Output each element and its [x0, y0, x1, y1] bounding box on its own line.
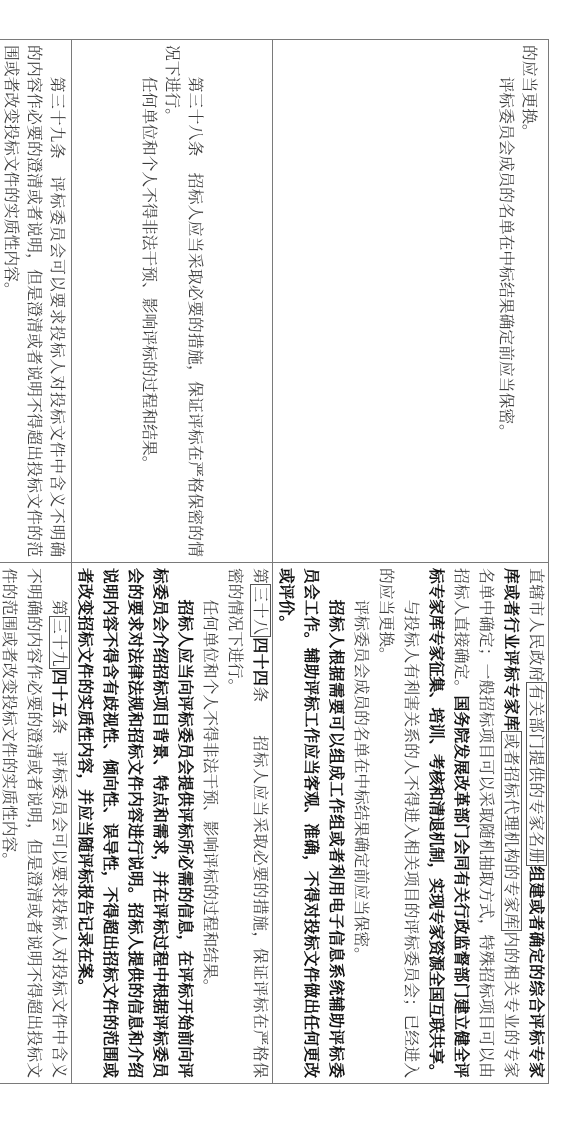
revised-text-cell: 直辖市人民政府有关部门提供的专家名册组建或者确定的综合评标专家 库或者行业评标专…	[273, 563, 549, 1084]
rotated-document-page: 的应当更换。 评标委员会成员的名单在中标结果确定前应当保密。 直辖市人民政府有关…	[0, 0, 564, 1122]
text-line: 招标人直接确定。国务院发展改革部门会同有关行政监督部门建立健全评	[448, 568, 473, 1078]
text-line: 的内容作必要的澄清或者说明，但是澄清或者说明不得超出投标文件的范	[22, 45, 45, 557]
text-line: 或评价。	[273, 568, 298, 1078]
inserted-text: 招标人应当向评标委员会提供评标所必需的信息，在评标开始前向评	[176, 600, 195, 1078]
deleted-text: 三十八	[250, 584, 271, 637]
text-run: 条 招标人应当采取必要的措施，保证评标在严格保	[251, 686, 270, 1078]
text-run: 第三十九条 评标委员会可以要求投标人对投标文件中含义不明确	[48, 77, 67, 557]
inserted-text: 者改变招标文件的实质性内容，并应当随评标报告记录在案。	[76, 568, 95, 995]
text-run: 围或者改变投标文件的实质性内容。	[2, 45, 21, 298]
text-line: 名单中确定；一般招标项目可以采取随机抽取方式，特殊招标项目可以由	[473, 568, 498, 1078]
text-run: 名单中确定；一般招标项目可以采取随机抽取方式，特殊招标项目可以由	[477, 568, 496, 1078]
text-line: 招标人根据需要可以组成工作组或者利用电子信息系统辅助评标委	[323, 568, 348, 1078]
inserted-text: 员会工作。辅助评标工作应当客观、准确，不得对投标文件做出任何更改	[302, 568, 321, 1078]
text-run: 况下进行。	[164, 45, 183, 124]
text-line: 任何单位和个人不得非法干预、影响评标的过程和结果。	[138, 45, 161, 557]
table-row: 第三十八条 招标人应当采取必要的措施，保证评标在严格保密的情 况下进行。 任何单…	[72, 40, 273, 1084]
text-run: 第三十八条 招标人应当采取必要的措施，保证评标在严格保密的情	[187, 77, 206, 557]
text-run: 的内容作必要的澄清或者说明，但是澄清或者说明不得超出投标文件的范	[25, 45, 44, 557]
original-text-cell: 第三十八条 招标人应当采取必要的措施，保证评标在严格保密的情 况下进行。 任何单…	[72, 40, 273, 563]
deleted-text: 或者招标代理机构的专家库	[501, 731, 522, 931]
text-line: 评标委员会成员的名单在中标结果确定前应当保密。	[348, 568, 373, 1078]
text-line: 标委员会介绍招标项目背景、特点和需求，并在评标过程中根据评标委员	[147, 568, 172, 1078]
text-run: 的应当更换。	[377, 568, 396, 663]
text-run: 评标委员会成员的名单在中标结果确定前应当保密。	[497, 77, 516, 440]
inserted-text: 组建或者确定的综合评标专家	[527, 866, 546, 1078]
text-line: 说明内容不得含有歧视性、倾向性、误导性，不得超出招标文件的范围或	[97, 568, 122, 1078]
text-run: 第	[50, 600, 69, 616]
inserted-text: 标委员会介绍招标项目背景、特点和需求，并在评标过程中根据评标委员	[151, 568, 170, 1078]
text-line: 密的情况下进行。	[222, 568, 247, 1078]
text-line: 第三十八条 招标人应当采取必要的措施，保证评标在严格保密的情	[184, 45, 207, 557]
inserted-text: 标专家库专家征集、培训、考核和清退机制，实现专家资源全国互联共享。	[427, 568, 446, 1079]
text-line: 第三十九四十五条 评标委员会可以要求投标人对投标文件中含义	[46, 568, 71, 1078]
inserted-text: 库或者行业评标专家库	[502, 568, 521, 731]
text-line: 会的要求对法律法规和招标文件内容进行说明。招标人提供的信息和介绍	[122, 568, 147, 1078]
deleted-text: 有关部门提供的专家名册	[526, 682, 547, 866]
text-run: 第	[251, 568, 270, 584]
table-row: 第三十九条 评标委员会可以要求投标人对投标文件中含义不明确 的内容作必要的澄清或…	[0, 40, 72, 1084]
table-row: 的应当更换。 评标委员会成员的名单在中标结果确定前应当保密。 直辖市人民政府有关…	[273, 40, 549, 1084]
revised-text-cell: 第三十九四十五条 评标委员会可以要求投标人对投标文件中含义 不明确的内容作必要的…	[0, 563, 72, 1084]
text-run: 招标人直接确定。	[452, 568, 471, 696]
text-line: 不明确的内容作必要的澄清或者说明，但是澄清或者说明不得超出投标文	[21, 568, 46, 1078]
text-line: 标专家库专家征集、培训、考核和清退机制，实现专家资源全国互联共享。	[423, 568, 448, 1078]
text-line: 的应当更换。	[373, 568, 398, 1078]
inserted-text: 说明内容不得含有歧视性、倾向性、误导性，不得超出招标文件的范围或	[101, 568, 120, 1078]
original-text-cell: 的应当更换。 评标委员会成员的名单在中标结果确定前应当保密。	[273, 40, 549, 563]
text-run: 直辖市人民政府	[527, 568, 546, 682]
text-run: 不明确的内容作必要的澄清或者说明，但是澄清或者说明不得超出投标文	[25, 568, 44, 1078]
text-line: 招标人应当向评标委员会提供评标所必需的信息，在评标开始前向评	[172, 568, 197, 1078]
text-run: 任何单位和个人不得非法干预、影响评标的过程和结果。	[141, 77, 160, 472]
revision-comparison-table: 的应当更换。 评标委员会成员的名单在中标结果确定前应当保密。 直辖市人民政府有关…	[0, 39, 549, 1084]
text-run: 与投标人有利害关系的人不得进入相关项目的评标委员会；已经进入	[402, 600, 421, 1078]
text-line: 的应当更换。	[517, 45, 540, 557]
text-line: 者改变招标文件的实质性内容，并应当随评标报告记录在案。	[72, 568, 97, 1078]
revised-text-cell: 第三十八四十四条 招标人应当采取必要的措施，保证评标在严格保 密的情况下进行。 …	[72, 563, 273, 1084]
text-run: 件的范围或者改变投标文件的实质性内容。	[0, 568, 19, 868]
text-line: 与投标人有利害关系的人不得进入相关项目的评标委员会；已经进入	[398, 568, 423, 1078]
text-run: 内的相关专业的专家	[502, 931, 521, 1078]
text-line: 直辖市人民政府有关部门提供的专家名册组建或者确定的综合评标专家	[523, 568, 548, 1078]
text-line: 员会工作。辅助评标工作应当客观、准确，不得对投标文件做出任何更改	[298, 568, 323, 1078]
text-run: 条 评标委员会可以要求投标人对投标文件中含义	[50, 718, 69, 1078]
text-line: 第三十八四十四条 招标人应当采取必要的措施，保证评标在严格保	[247, 568, 272, 1078]
text-line: 围或者改变投标文件的实质性内容。	[0, 45, 22, 557]
inserted-text: 四十四	[251, 637, 270, 686]
text-line: 件的范围或者改变投标文件的实质性内容。	[0, 568, 21, 1078]
text-line: 任何单位和个人不得非法干预、影响评标的过程和结果。	[197, 568, 222, 1078]
inserted-text: 国务院发展改革部门会同有关行政监督部门建立健全评	[452, 696, 471, 1078]
original-text-cell: 第三十九条 评标委员会可以要求投标人对投标文件中含义不明确 的内容作必要的澄清或…	[0, 40, 72, 563]
text-line: 库或者行业评标专家库或者招标代理机构的专家库内的相关专业的专家	[498, 568, 523, 1078]
text-line: 第三十九条 评标委员会可以要求投标人对投标文件中含义不明确	[45, 45, 68, 557]
text-run: 评标委员会成员的名单在中标结果确定前应当保密。	[352, 600, 371, 963]
inserted-text: 四十五	[50, 669, 69, 718]
inserted-text: 会的要求对法律法规和招标文件内容进行说明。招标人提供的信息和介绍	[126, 568, 145, 1078]
text-run: 密的情况下进行。	[226, 568, 245, 694]
text-line: 况下进行。	[161, 45, 184, 557]
inserted-text: 招标人根据需要可以组成工作组或者利用电子信息系统辅助评标委	[327, 600, 346, 1078]
text-run: 的应当更换。	[520, 45, 539, 140]
text-line: 评标委员会成员的名单在中标结果确定前应当保密。	[494, 45, 517, 557]
deleted-text: 三十九	[49, 616, 70, 669]
inserted-text: 或评价。	[277, 568, 296, 631]
text-run: 任何单位和个人不得非法干预、影响评标的过程和结果。	[201, 600, 220, 995]
